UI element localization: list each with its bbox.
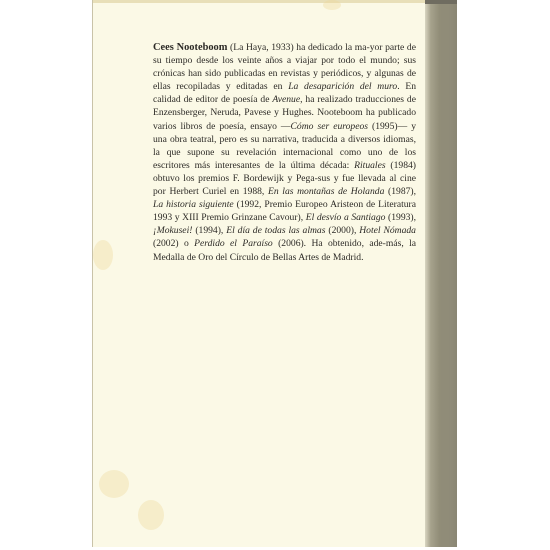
book-page: Cees Nooteboom (La Haya, 1933) ha dedica… [92, 0, 457, 547]
author-biography: Cees Nooteboom (La Haya, 1933) ha dedica… [153, 41, 416, 264]
bio-text: (1994), [192, 225, 226, 236]
work-title: La desaparición del muro [288, 81, 397, 92]
work-title: Perdido el Paraíso [194, 238, 273, 249]
page-top-edge [93, 0, 428, 3]
gutter-top-edge [425, 0, 457, 4]
bio-text: (2002) o [153, 238, 194, 249]
work-title: El día de todas las almas [226, 225, 325, 236]
author-name: Cees Nooteboom [153, 42, 227, 53]
paper-stain [93, 240, 113, 270]
work-title: Hotel Nómada [359, 225, 416, 236]
work-title: La historia siguiente [153, 199, 234, 210]
work-title: Cómo ser europeos [291, 121, 368, 132]
page-gutter-shadow [425, 0, 457, 547]
paper-stain [138, 500, 164, 530]
paper-stain [99, 470, 129, 498]
work-title: Rituales [354, 160, 385, 171]
work-title: El desvío a Santiago [306, 212, 386, 223]
work-title: Avenue [272, 94, 300, 105]
bio-text: (1987), [384, 186, 416, 197]
work-title: ¡Mokusei! [153, 225, 192, 236]
work-title: En las montañas de Holanda [268, 186, 384, 197]
bio-text: (2000), [325, 225, 359, 236]
paper-stain [323, 0, 341, 10]
bio-text: (1993), [385, 212, 416, 223]
